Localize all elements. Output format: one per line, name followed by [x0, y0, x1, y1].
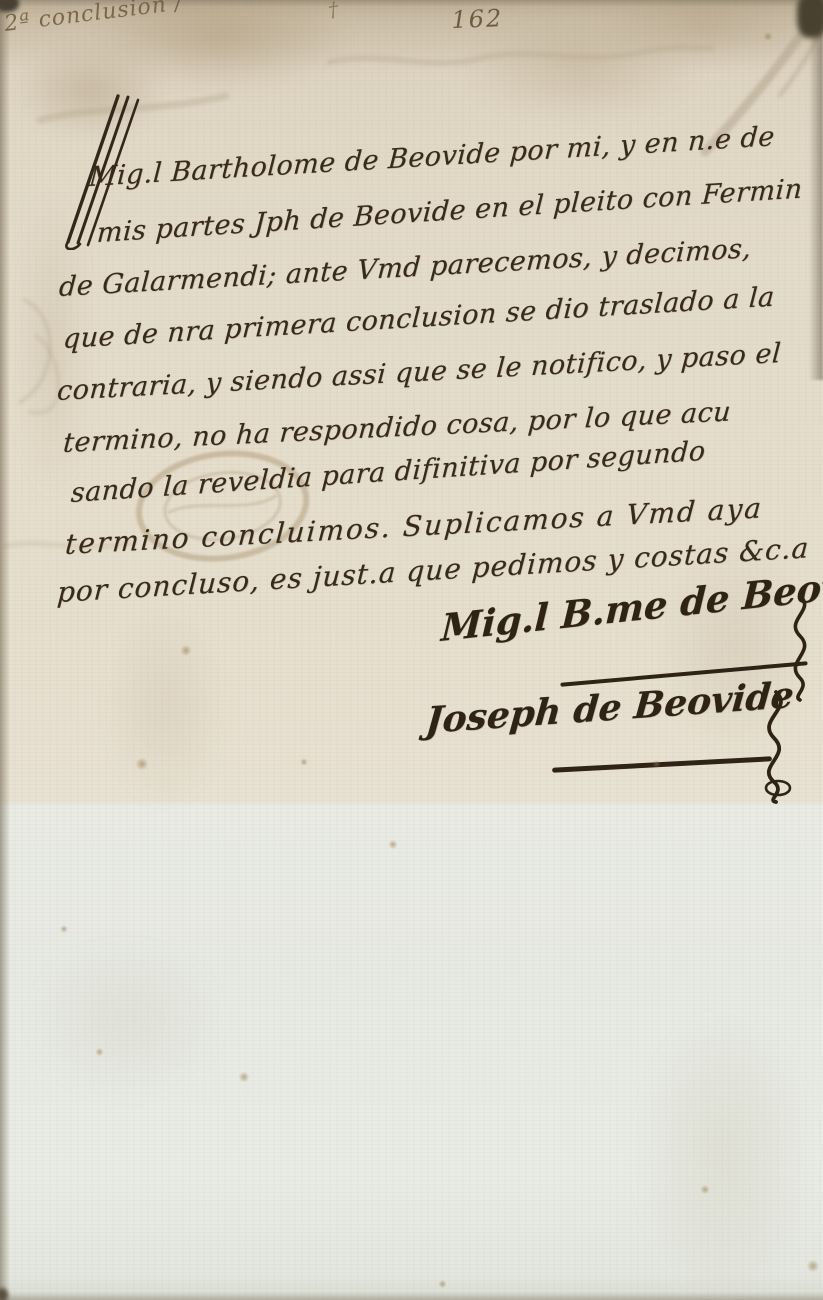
page-left-edge [0, 0, 10, 1300]
scan-corner-shadow [0, 1288, 8, 1300]
manuscript-scan: 2ª conclusion / † 162 Mig.l Bartholome d… [0, 0, 823, 1300]
folio-number: 162 [451, 4, 504, 34]
page-top-edge [0, 0, 823, 7]
page-bottom-edge [0, 1292, 823, 1300]
page-right-deckle-edge [809, 0, 823, 380]
scan-corner-shadow [797, 0, 823, 38]
